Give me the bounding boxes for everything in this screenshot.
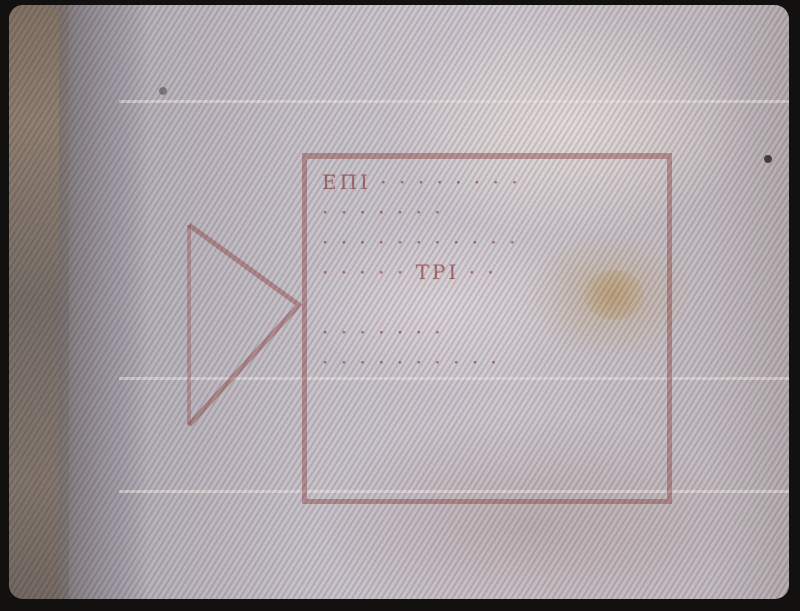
scan-hatch-overlay	[9, 5, 789, 599]
stone-wall-photo: ΕΠΙ · · · · · · · · · · · · · · · · · · …	[9, 5, 789, 599]
photo-frame: ΕΠΙ · · · · · · · · · · · · · · · · · · …	[0, 0, 800, 611]
